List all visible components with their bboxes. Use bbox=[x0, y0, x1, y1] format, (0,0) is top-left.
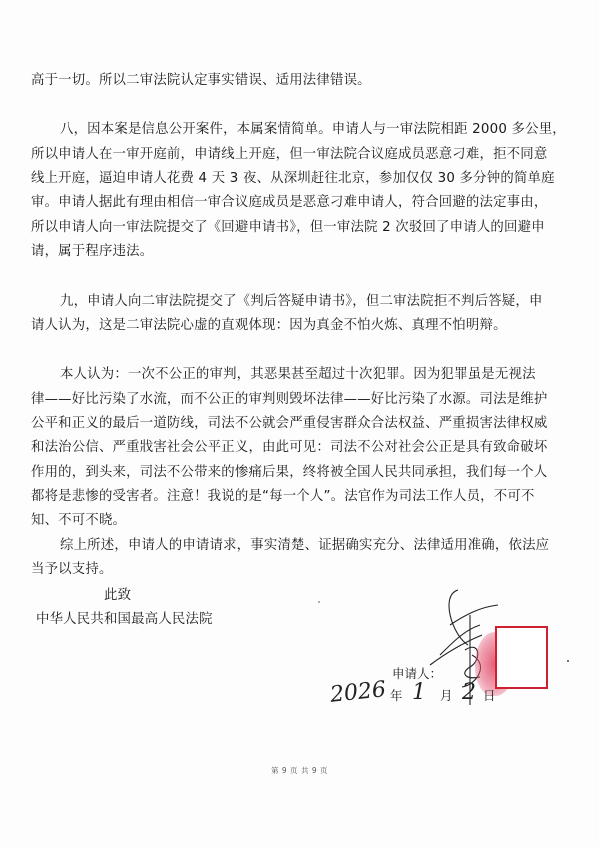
paragraph-8-line: 请，属于程序违法。 bbox=[31, 243, 153, 261]
paragraph-8-line: 所以申请人向一审法院提交了《回避申请书》，但一审法院 2 次驳回了申请人的回避申 bbox=[31, 219, 545, 237]
conclusion-paragraph-line: 综上所述，申请人的申请请求，事实清楚、证据确实充分、法律适用准确，依法应 bbox=[60, 537, 549, 555]
page-number-footer: 第 9 页 共 9 页 bbox=[0, 765, 599, 776]
closing-recipient: 中华人民共和国最高人民法院 bbox=[36, 611, 213, 629]
ink-speck bbox=[567, 660, 569, 662]
opinion-paragraph-line: 知、不可不晓。 bbox=[31, 512, 126, 530]
date-year-unit: 年 bbox=[390, 686, 403, 704]
redaction-box bbox=[495, 626, 548, 689]
paragraph-8-line: 审。申请人据此有理由相信一审合议庭成员是恶意刁难申请人，符合回避的法定事由， bbox=[31, 194, 547, 212]
date-day-unit: 日 bbox=[483, 686, 496, 704]
date-month-handwritten: 1 bbox=[412, 680, 426, 705]
paragraph-8-line: 八，因本案是信息公开案件，本属案情简单。申请人与一审法院相距 2000 多公里， bbox=[60, 121, 566, 139]
document-page: 高于一切。所以二审法院认定事实错误、适用法律错误。 八，因本案是信息公开案件，本… bbox=[0, 0, 599, 847]
opinion-paragraph-line: 本人认为：一次不公正的审判，其恶果甚至超过十次犯罪。因为犯罪虽是无视法 bbox=[60, 366, 536, 384]
conclusion-paragraph-line: 当予以支持。 bbox=[31, 561, 113, 579]
opinion-paragraph-line: 都将是悲惨的受害者。注意！我说的是“每一个人”。法官作为司法工作人员，不可不 bbox=[31, 488, 535, 506]
paragraph-8-line: 所以申请人在一审开庭前，申请线上开庭，但一审法院合议庭成员恶意刁难，拒不同意 bbox=[31, 146, 547, 164]
paragraph-9-line: 九，申请人向二审法院提交了《判后答疑申请书》，但二审法院拒不判后答疑，申 bbox=[60, 293, 543, 311]
opinion-paragraph-line: 律——好比污染了水流，而不公正的审判则毁坏法律——好比污染了水源。司法是维护 bbox=[31, 391, 547, 409]
opinion-paragraph-line: 公平和正义的最后一道防线，司法不公就会严重侵害群众合法权益、严重损害法律权威 bbox=[31, 415, 547, 433]
ink-speck bbox=[318, 601, 320, 603]
date-day-handwritten: 2 bbox=[462, 680, 476, 705]
date-year-handwritten: 2026 bbox=[329, 677, 387, 708]
body-line: 高于一切。所以二审法院认定事实错误、适用法律错误。 bbox=[31, 72, 371, 90]
paragraph-8-line: 线上开庭，逼迫申请人花费 4 天 3 夜、从深圳赶往北京，参加仅仅 30 多分钟… bbox=[31, 170, 555, 188]
opinion-paragraph-line: 和法治公信、严重戕害社会公平正义，由此可见：司法不公对社会公正是具有致命破坏 bbox=[31, 439, 547, 457]
paragraph-9-line: 请人认为，这是二审法院心虚的直观体现：因为真金不怕火炼、真理不怕明辩。 bbox=[31, 317, 507, 335]
closing-salutation: 此致 bbox=[104, 587, 131, 605]
date-month-unit: 月 bbox=[440, 686, 453, 704]
opinion-paragraph-line: 作用的，到头来，司法不公带来的惨痛后果，终将被全国人民共同承担，我们每一个人 bbox=[31, 464, 547, 482]
